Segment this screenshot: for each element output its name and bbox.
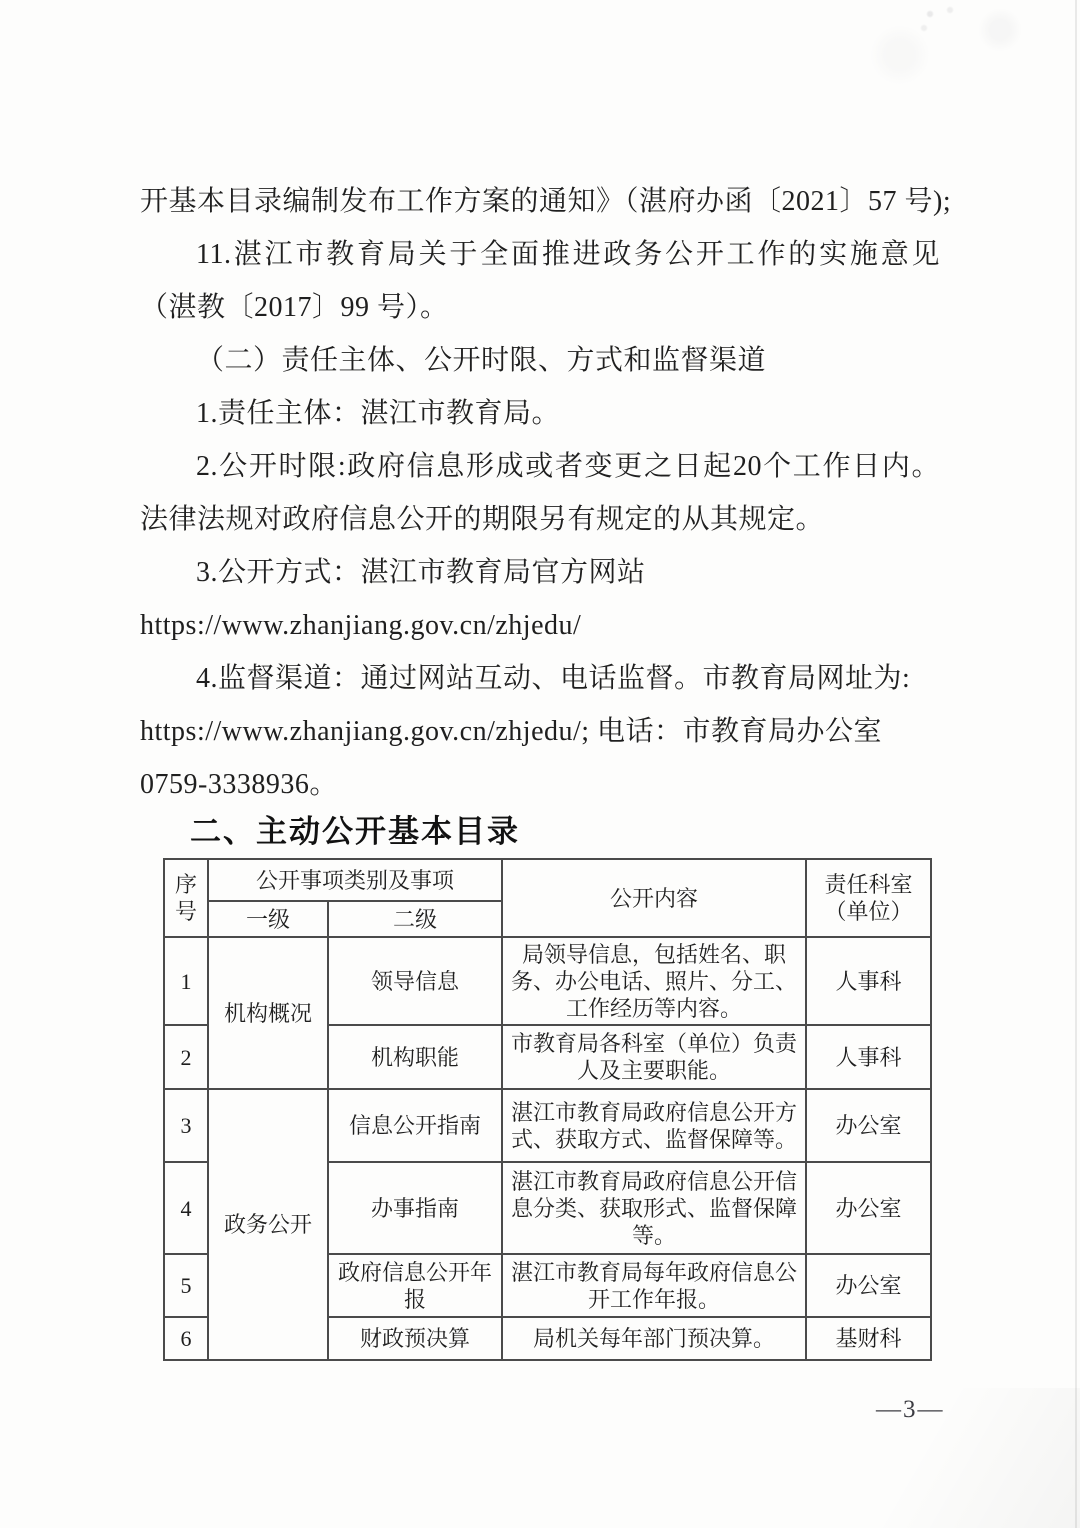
header-level1: 一级 — [208, 901, 328, 937]
paragraph-line: （二）责任主体、公开时限、方式和监督渠道 — [140, 334, 940, 387]
cell-no: 5 — [164, 1254, 208, 1317]
cell-no: 6 — [164, 1317, 208, 1360]
cell-no: 4 — [164, 1162, 208, 1254]
document-page: 开基本目录编制发布工作方案的通知》（湛府办函〔2021〕57 号); 11.湛江… — [0, 0, 1080, 1528]
catalog-table: 序号 公开事项类别及事项 公开内容 责任科室（单位） 一级 二级 1 机构概况 … — [163, 858, 932, 1361]
cell-department: 基财科 — [806, 1317, 931, 1360]
cell-department: 办公室 — [806, 1254, 931, 1317]
cell-content: 湛江市教育局政府信息公开方式、获取方式、监督保障等。 — [502, 1089, 806, 1162]
page-number: —3— — [876, 1396, 945, 1424]
cell-content: 局机关每年部门预决算。 — [502, 1317, 806, 1360]
cell-level2: 政府信息公开年报 — [328, 1254, 502, 1317]
paragraph-line: 开基本目录编制发布工作方案的通知》（湛府办函〔2021〕57 号); — [140, 175, 940, 228]
paragraph-line: 法律法规对政府信息公开的期限另有规定的从其规定。 — [140, 493, 940, 546]
cell-level2: 财政预决算 — [328, 1317, 502, 1360]
cell-content: 湛江市教育局每年政府信息公开工作年报。 — [502, 1254, 806, 1317]
table-row: 3 政务公开 信息公开指南 湛江市教育局政府信息公开方式、获取方式、监督保障等。… — [164, 1089, 931, 1162]
cell-level2: 机构职能 — [328, 1025, 502, 1089]
header-category-group: 公开事项类别及事项 — [208, 859, 502, 901]
cell-level2: 领导信息 — [328, 937, 502, 1025]
scan-edge-line — [1075, 0, 1077, 1528]
header-level2: 二级 — [328, 901, 502, 937]
cell-department: 人事科 — [806, 937, 931, 1025]
section-heading: 二、主动公开基本目录 — [190, 806, 520, 851]
paragraph-line: 1.责任主体：湛江市教育局。 — [140, 387, 940, 440]
cell-department: 办公室 — [806, 1162, 931, 1254]
paragraph-line: 3.公开方式：湛江市教育局官方网站 — [140, 546, 940, 599]
scan-noise-artifact — [840, 0, 1080, 90]
paragraph-line: 2.公开时限:政府信息形成或者变更之日起20个工作日内。 — [140, 440, 940, 493]
table-row: 1 机构概况 领导信息 局领导信息，包括姓名、职务、办公电话、照片、分工、工作经… — [164, 937, 931, 1025]
url-line: https://www.zhanjiang.gov.cn/zhjedu/ — [140, 599, 940, 652]
cell-no: 2 — [164, 1025, 208, 1089]
cell-no: 1 — [164, 937, 208, 1025]
paragraph-line: 4.监督渠道：通过网站互动、电话监督。市教育局网址为: — [140, 652, 940, 705]
paragraph-line: （湛教〔2017〕99 号）。 — [140, 281, 940, 334]
header-no: 序号 — [164, 859, 208, 937]
cell-department: 办公室 — [806, 1089, 931, 1162]
cell-department: 人事科 — [806, 1025, 931, 1089]
cell-level1-group: 政务公开 — [208, 1089, 328, 1360]
url-line: https://www.zhanjiang.gov.cn/zhjedu/; 电话… — [140, 705, 940, 758]
cell-content: 市教育局各科室（单位）负责人及主要职能。 — [502, 1025, 806, 1089]
cell-content: 湛江市教育局政府信息公开信息分类、获取形式、监督保障等。 — [502, 1162, 806, 1254]
cell-level2: 办事指南 — [328, 1162, 502, 1254]
paragraph-line: 11.湛江市教育局关于全面推进政务公开工作的实施意见 — [140, 228, 940, 281]
header-department: 责任科室（单位） — [806, 859, 931, 937]
cell-content: 局领导信息，包括姓名、职务、办公电话、照片、分工、工作经历等内容。 — [502, 937, 806, 1025]
cell-level2: 信息公开指南 — [328, 1089, 502, 1162]
paragraph-line: 0759-3338936。 — [140, 758, 940, 811]
body-text: 开基本目录编制发布工作方案的通知》（湛府办函〔2021〕57 号); 11.湛江… — [140, 175, 940, 811]
cell-no: 3 — [164, 1089, 208, 1162]
header-content: 公开内容 — [502, 859, 806, 937]
cell-level1-group: 机构概况 — [208, 937, 328, 1089]
